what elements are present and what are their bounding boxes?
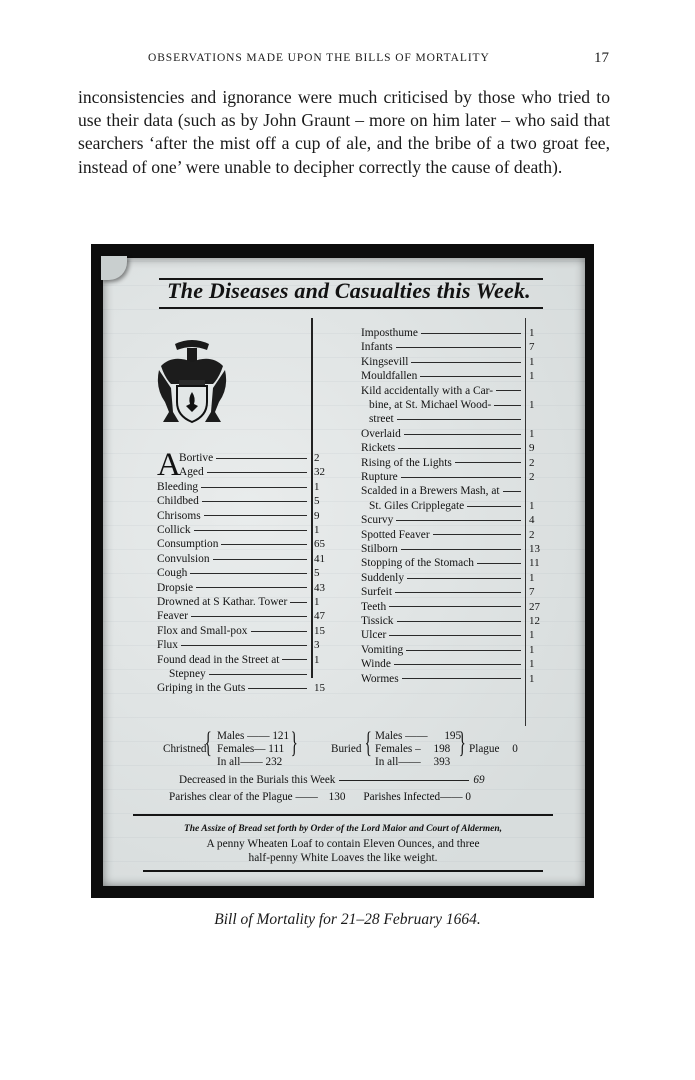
leader-line — [455, 462, 521, 463]
entry-label: Stilborn — [361, 542, 398, 556]
entry-value: 1 — [314, 480, 320, 494]
bill: The Diseases and Casualties this Week. A… — [103, 258, 585, 886]
bill-entry: Spotted Feaver — [361, 528, 521, 542]
entry-value: 47 — [314, 609, 325, 623]
christned-females-value: 111 — [268, 743, 284, 755]
bill-entry: bine, at St. Michael Wood- — [369, 398, 521, 412]
entry-label: Chrisoms — [157, 509, 201, 523]
parishes-clear-value: 130 — [329, 791, 346, 803]
leader-line — [389, 606, 521, 607]
running-head-title: OBSERVATIONS MADE UPON THE BILLS OF MORT… — [148, 52, 490, 64]
entry-value: 7 — [529, 585, 535, 599]
bill-entry: Feaver — [157, 609, 307, 623]
entry-value: 27 — [529, 600, 540, 614]
entry-value: 1 — [529, 643, 535, 657]
bill-entry: Dropsie — [157, 581, 307, 595]
leader-line — [201, 487, 307, 488]
entry-label: Ulcer — [361, 628, 386, 642]
entry-value: 11 — [529, 556, 540, 570]
right-column-rule — [525, 318, 526, 726]
entry-label: Griping in the Guts — [157, 681, 245, 695]
christned-males-label: Males — [217, 730, 244, 742]
leader-line — [389, 635, 521, 636]
entry-value: 1 — [529, 355, 535, 369]
assize-line-2: half-penny White Loaves the like weight. — [133, 852, 553, 864]
entry-label: Teeth — [361, 600, 386, 614]
entry-value: 1 — [314, 653, 320, 667]
christned-all: In all—— 232 — [217, 756, 282, 768]
body-text: inconsistencies and ignorance were much … — [78, 86, 610, 179]
entry-value: 1 — [529, 657, 535, 671]
bill-entry: Aged — [179, 465, 307, 479]
buried-females: Females – 198 — [375, 743, 450, 755]
leader-line — [494, 405, 521, 406]
bill-entry: Ulcer — [361, 628, 521, 642]
bill-entry: Stopping of the Stomach — [361, 556, 521, 570]
entry-label: Cough — [157, 566, 187, 580]
entry-value: 3 — [314, 638, 320, 652]
parishes-infected-label: Parishes Infected — [363, 791, 440, 803]
bill-entry: Flux — [157, 638, 307, 652]
christned-males-value: 121 — [272, 730, 289, 742]
entry-label: Collick — [157, 523, 191, 537]
christned-all-label: In all — [217, 756, 240, 768]
entry-label: Vomiting — [361, 643, 403, 657]
entry-label: Stopping of the Stomach — [361, 556, 474, 570]
bill-sheet: The Diseases and Casualties this Week. A… — [103, 258, 585, 886]
entry-value: 2 — [529, 528, 535, 542]
leader-line — [396, 347, 521, 348]
bill-entry: Tissick — [361, 614, 521, 628]
leader-line — [248, 688, 307, 689]
parishes-line: Parishes clear of the Plague —— 130Paris… — [169, 791, 471, 803]
entry-value: 1 — [529, 427, 535, 441]
entry-value: 2 — [529, 470, 535, 484]
bill-entry: Kingsevill — [361, 355, 521, 369]
christned-label: Christned — [163, 743, 207, 755]
entry-label: Found dead in the Street at — [157, 653, 279, 667]
buried-all: In all—— 393 — [375, 756, 450, 768]
entry-label: Rising of the Lights — [361, 456, 452, 470]
entry-label: Consumption — [157, 537, 218, 551]
leader-line — [398, 448, 521, 449]
entry-value: 1 — [529, 499, 535, 513]
entry-value: 12 — [529, 614, 540, 628]
bill-entry: Stepney — [169, 667, 307, 681]
assize-bottom-rule — [143, 870, 543, 872]
leader-line — [467, 506, 521, 507]
buried-males-label: Males — [375, 730, 402, 742]
bill-entry: Infants — [361, 340, 521, 354]
bill-entry: Imposthume — [361, 326, 521, 340]
leader-line — [290, 602, 307, 603]
bill-entry: Bortive — [179, 451, 307, 465]
city-of-london-crest-icon — [153, 336, 231, 428]
buried-females-label: Females — [375, 743, 412, 755]
entry-value: 15 — [314, 624, 325, 638]
bill-entry: Rising of the Lights — [361, 456, 521, 470]
entry-label: Surfeit — [361, 585, 392, 599]
bill-entry: Winde — [361, 657, 521, 671]
dropcap: A — [157, 450, 181, 480]
entry-value: 32 — [314, 465, 325, 479]
entry-label: Convulsion — [157, 552, 210, 566]
leader-line — [221, 544, 307, 545]
bill-entry: Rickets — [361, 441, 521, 455]
entry-value: 5 — [314, 566, 320, 580]
leader-line — [396, 520, 521, 521]
christned-all-value: 232 — [265, 756, 282, 768]
leader-line — [191, 616, 307, 617]
bill-entry: Stilborn — [361, 542, 521, 556]
buried-females-value: 198 — [433, 743, 450, 755]
parishes-infected-value: 0 — [465, 791, 471, 803]
bill-of-mortality-photograph: The Diseases and Casualties this Week. A… — [91, 244, 594, 898]
entry-label: Infants — [361, 340, 393, 354]
leader-line — [433, 534, 521, 535]
buried-right-brace: } — [459, 728, 466, 758]
entry-label: Drowned at S Kathar. Tower — [157, 595, 287, 609]
entry-label: Wormes — [361, 672, 399, 686]
plague: Plague 0 — [469, 743, 518, 755]
entry-value: 5 — [314, 494, 320, 508]
leader-line — [209, 674, 307, 675]
bill-entry: Scurvy — [361, 513, 521, 527]
leader-line — [397, 621, 521, 622]
entry-value: 15 — [314, 681, 325, 695]
title-bottom-rule — [159, 307, 543, 309]
bill-title: The Diseases and Casualties this Week. — [159, 278, 539, 304]
bill-entry: Childbed — [157, 494, 307, 508]
parishes-clear-label: Parishes clear of the Plague — [169, 791, 293, 803]
leader-line — [202, 501, 307, 502]
leader-line — [407, 578, 521, 579]
leader-line — [477, 563, 521, 564]
bill-entry: St. Giles Cripplegate — [369, 499, 521, 513]
christned-males: Males —— 121 — [217, 730, 289, 742]
entry-value: 1 — [529, 398, 535, 412]
decreased-value: 69 — [473, 774, 484, 786]
leader-line — [404, 434, 521, 435]
leader-line — [397, 419, 521, 420]
leader-line — [196, 587, 307, 588]
entry-label: street — [369, 412, 394, 426]
leader-line — [421, 333, 521, 334]
entry-value: 7 — [529, 340, 535, 354]
entry-value: 65 — [314, 537, 325, 551]
bill-entry: Convulsion — [157, 552, 307, 566]
entry-label: St. Giles Cripplegate — [369, 499, 464, 513]
figure-caption: Bill of Mortality for 21–28 February 166… — [0, 911, 695, 929]
leader-line — [181, 645, 307, 646]
bill-entry: Surfeit — [361, 585, 521, 599]
entry-label: Flox and Small-pox — [157, 624, 248, 638]
entry-value: 13 — [529, 542, 540, 556]
buried-label: Buried — [331, 743, 361, 755]
bill-entry: Scalded in a Brewers Mash, at — [361, 484, 521, 498]
bill-entry: Kild accidentally with a Car- — [361, 384, 521, 398]
bill-entry: Flox and Small-pox — [157, 624, 307, 638]
entry-label: Scalded in a Brewers Mash, at — [361, 484, 500, 498]
entry-value: 9 — [529, 441, 535, 455]
entry-value: 9 — [314, 509, 320, 523]
plague-label: Plague — [469, 743, 499, 755]
bill-entry: Suddenly — [361, 571, 521, 585]
leader-line — [190, 573, 307, 574]
bill-entry: Bleeding — [157, 480, 307, 494]
bill-entry: Drowned at S Kathar. Tower — [157, 595, 307, 609]
entry-label: Kingsevill — [361, 355, 408, 369]
entry-label: Mouldfallen — [361, 369, 417, 383]
assize-line-1: A penny Wheaten Loaf to contain Eleven O… — [133, 838, 553, 850]
entry-value: 1 — [529, 369, 535, 383]
assize-heading: The Assize of Bread set forth by Order o… — [133, 824, 553, 834]
leader-line — [411, 362, 521, 363]
entry-label: Imposthume — [361, 326, 418, 340]
body-paragraph: inconsistencies and ignorance were much … — [78, 86, 610, 179]
bill-entry: Overlaid — [361, 427, 521, 441]
entry-value: 1 — [529, 326, 535, 340]
leader-line — [339, 780, 469, 781]
entry-label: Rupture — [361, 470, 398, 484]
buried-left-brace: { — [365, 728, 372, 758]
entry-value: 41 — [314, 552, 325, 566]
entry-label: Suddenly — [361, 571, 404, 585]
leader-line — [503, 491, 521, 492]
entry-label: bine, at St. Michael Wood- — [369, 398, 491, 412]
page-number: 17 — [594, 50, 609, 67]
leader-line — [204, 515, 307, 516]
buried-all-label: In all — [375, 756, 398, 768]
bill-entry: street — [369, 412, 521, 426]
entry-value: 2 — [314, 451, 320, 465]
entry-label: Bortive — [179, 451, 213, 465]
leader-line — [394, 664, 521, 665]
leader-line — [401, 549, 521, 550]
christned-females-label: Females — [217, 743, 254, 755]
leader-line — [406, 650, 521, 651]
running-head: OBSERVATIONS MADE UPON THE BILLS OF MORT… — [0, 52, 695, 70]
plague-value: 0 — [512, 743, 518, 755]
entry-label: Winde — [361, 657, 391, 671]
entry-label: Stepney — [169, 667, 206, 681]
leader-line — [216, 458, 307, 459]
bill-entry: Consumption — [157, 537, 307, 551]
entry-label: Spotted Feaver — [361, 528, 430, 542]
entry-value: 1 — [529, 672, 535, 686]
leader-line — [251, 631, 307, 632]
entry-label: Rickets — [361, 441, 395, 455]
leader-line — [401, 477, 521, 478]
bill-entry: Found dead in the Street at — [157, 653, 307, 667]
entry-label: Feaver — [157, 609, 188, 623]
leader-line — [207, 472, 307, 473]
bill-entry: Collick — [157, 523, 307, 537]
entry-label: Overlaid — [361, 427, 401, 441]
entry-value: 1 — [529, 628, 535, 642]
entry-label: Kild accidentally with a Car- — [361, 384, 493, 398]
column-divider — [311, 318, 313, 678]
entry-label: Aged — [179, 465, 204, 479]
leader-line — [402, 678, 521, 679]
buried-males: Males —— 195 — [375, 730, 461, 742]
leader-line — [395, 592, 521, 593]
entry-label: Dropsie — [157, 581, 193, 595]
entry-label: Flux — [157, 638, 178, 652]
entry-label: Bleeding — [157, 480, 198, 494]
bill-entry: Griping in the Guts — [157, 681, 307, 695]
left-brace: { — [205, 728, 212, 758]
bill-entry: Teeth — [361, 600, 521, 614]
leader-line — [194, 530, 307, 531]
entry-value: 2 — [529, 456, 535, 470]
leader-line — [496, 390, 521, 391]
entry-label: Tissick — [361, 614, 394, 628]
leader-line — [213, 559, 307, 560]
entry-value: 1 — [314, 523, 320, 537]
bill-entry: Wormes — [361, 672, 521, 686]
bill-entry: Cough — [157, 566, 307, 580]
decreased-label: Decreased in the Burials this Week — [179, 774, 335, 786]
leader-line — [420, 376, 521, 377]
entry-label: Childbed — [157, 494, 199, 508]
entry-value: 1 — [529, 571, 535, 585]
bill-entry: Mouldfallen — [361, 369, 521, 383]
assize-top-rule — [133, 814, 553, 816]
entry-value: 1 — [314, 595, 320, 609]
buried-all-value: 393 — [433, 756, 450, 768]
bill-entry: Chrisoms — [157, 509, 307, 523]
entry-label: Scurvy — [361, 513, 393, 527]
bill-entry: Rupture — [361, 470, 521, 484]
entry-value: 43 — [314, 581, 325, 595]
decreased-line: Decreased in the Burials this Week69 — [179, 774, 485, 786]
leader-line — [282, 659, 307, 660]
bill-entry: Vomiting — [361, 643, 521, 657]
christned-females: Females— 111 — [217, 743, 284, 755]
entry-value: 4 — [529, 513, 535, 527]
right-brace: } — [291, 728, 298, 758]
